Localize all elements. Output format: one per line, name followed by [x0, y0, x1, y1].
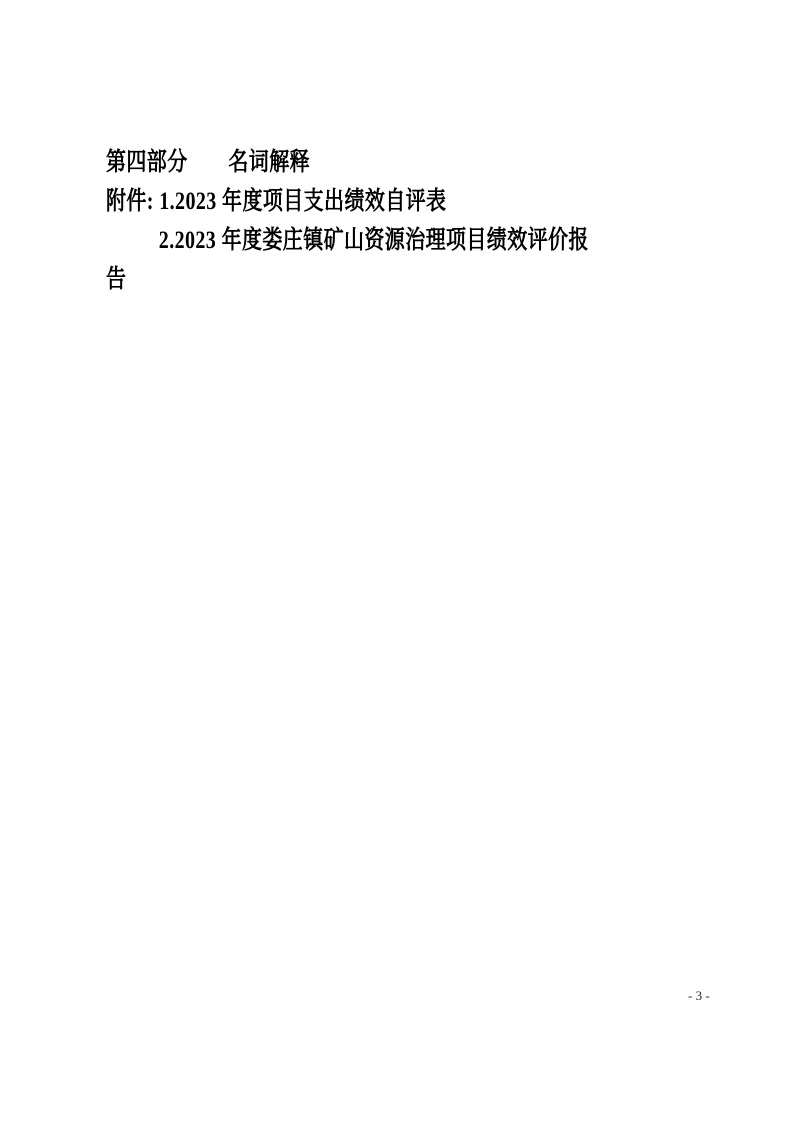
attachment-line-1: 附件: 1.2023 年度项目支出绩效自评表: [106, 182, 762, 221]
document-body: 第四部分 名词解释 附件: 1.2023 年度项目支出绩效自评表 2.2023 …: [106, 143, 762, 299]
attachment-line-3-wrap: 告: [106, 260, 762, 299]
document-page: 第四部分 名词解释 附件: 1.2023 年度项目支出绩效自评表 2.2023 …: [0, 0, 793, 1122]
attachment-line-2: 2.2023 年度娄庄镇矿山资源治理项目绩效评价报: [106, 221, 762, 260]
page-number: - 3 -: [688, 988, 710, 1004]
section-heading: 第四部分 名词解释: [106, 143, 762, 182]
